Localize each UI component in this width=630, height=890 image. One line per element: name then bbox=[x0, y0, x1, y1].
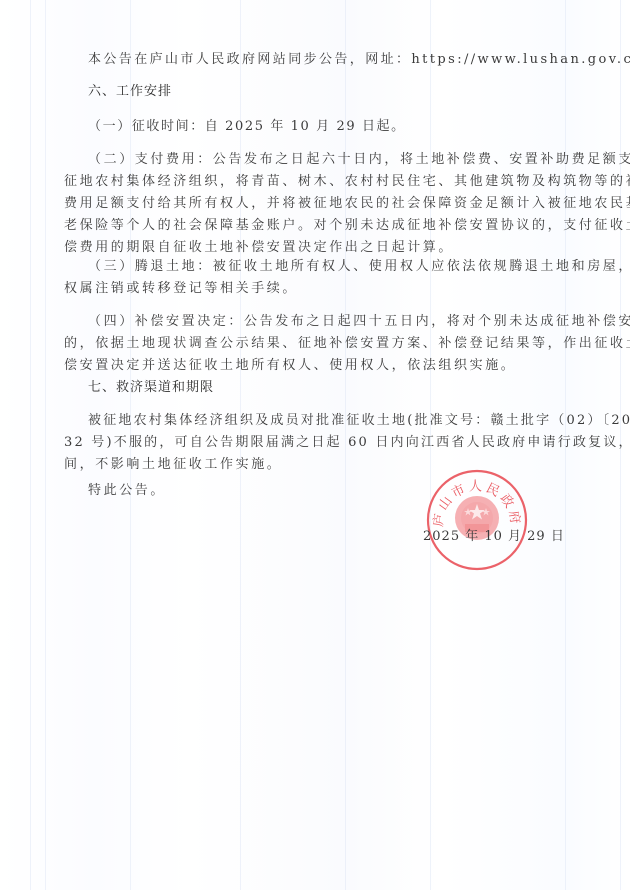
paragraph-line: （二）支付费用：公告发布之日起六十日内，将土地补偿费、安置补助费足额支付给被 bbox=[88, 152, 630, 168]
paragraph-line: 权属注销或转移登记等相关手续。 bbox=[64, 281, 298, 297]
paragraph-line: 的，依据土地现状调查公示结果、征地补偿安置方案、补偿登记结果等，作出征收土地补 bbox=[64, 336, 630, 352]
paragraph-line: （三）腾退土地：被征收土地所有权人、使用权人应依法依规腾退土地和房屋，并办理 bbox=[88, 259, 630, 275]
section-heading-work-arrangement: 六、工作安排 bbox=[88, 84, 172, 100]
official-seal-icon: 庐山市人民政府 bbox=[425, 468, 529, 572]
notice-date: 2025 年 10 月 29 日 bbox=[423, 529, 565, 545]
paragraph-line: 偿费用的期限自征收土地补偿安置决定作出之日起计算。 bbox=[64, 240, 454, 256]
paragraph-line: 老保险等个人的社会保障基金账户。对个别未达成征地补偿安置协议的，支付征收土地补 bbox=[64, 218, 630, 234]
paragraph-line: 征地农村集体经济组织，将青苗、树木、农村村民住宅、其他建筑物及构筑物等的补偿等 bbox=[64, 174, 630, 190]
paragraph-line: 费用足额支付给其所有权人，并将被征地农民的社会保障资金足额计入被征地农民基本养 bbox=[64, 196, 630, 212]
document-page: 本公告在庐山市人民政府网站同步公告，网址：https://www.lushan.… bbox=[0, 0, 630, 890]
paragraph-line: 32 号)不服的，可自公告期限届满之日起 60 日内向江西省人民政府申请行政复议… bbox=[64, 435, 630, 451]
scan-streak bbox=[30, 0, 31, 890]
paragraph-line: 偿安置决定并送达征收土地所有权人、使用权人，依法组织实施。 bbox=[64, 358, 516, 374]
closing-text: 特此公告。 bbox=[88, 483, 166, 499]
scan-streak bbox=[45, 0, 46, 890]
paragraph-line: 被征地农村集体经济组织及成员对批准征收土地(批准文号：赣土批字（02）〔2025… bbox=[88, 413, 630, 429]
intro-line: 本公告在庐山市人民政府网站同步公告，网址：https://www.lushan.… bbox=[88, 52, 630, 68]
section-heading-remedy: 七、救济渠道和期限 bbox=[88, 380, 214, 396]
item-acquisition-time: （一）征收时间：自 2025 年 10 月 29 日起。 bbox=[88, 119, 406, 135]
paragraph-line: 间，不影响土地征收工作实施。 bbox=[64, 457, 282, 473]
paragraph-line: （四）补偿安置决定：公告发布之日起四十五日内，将对个别未达成征地补偿安置协议 bbox=[88, 314, 630, 330]
